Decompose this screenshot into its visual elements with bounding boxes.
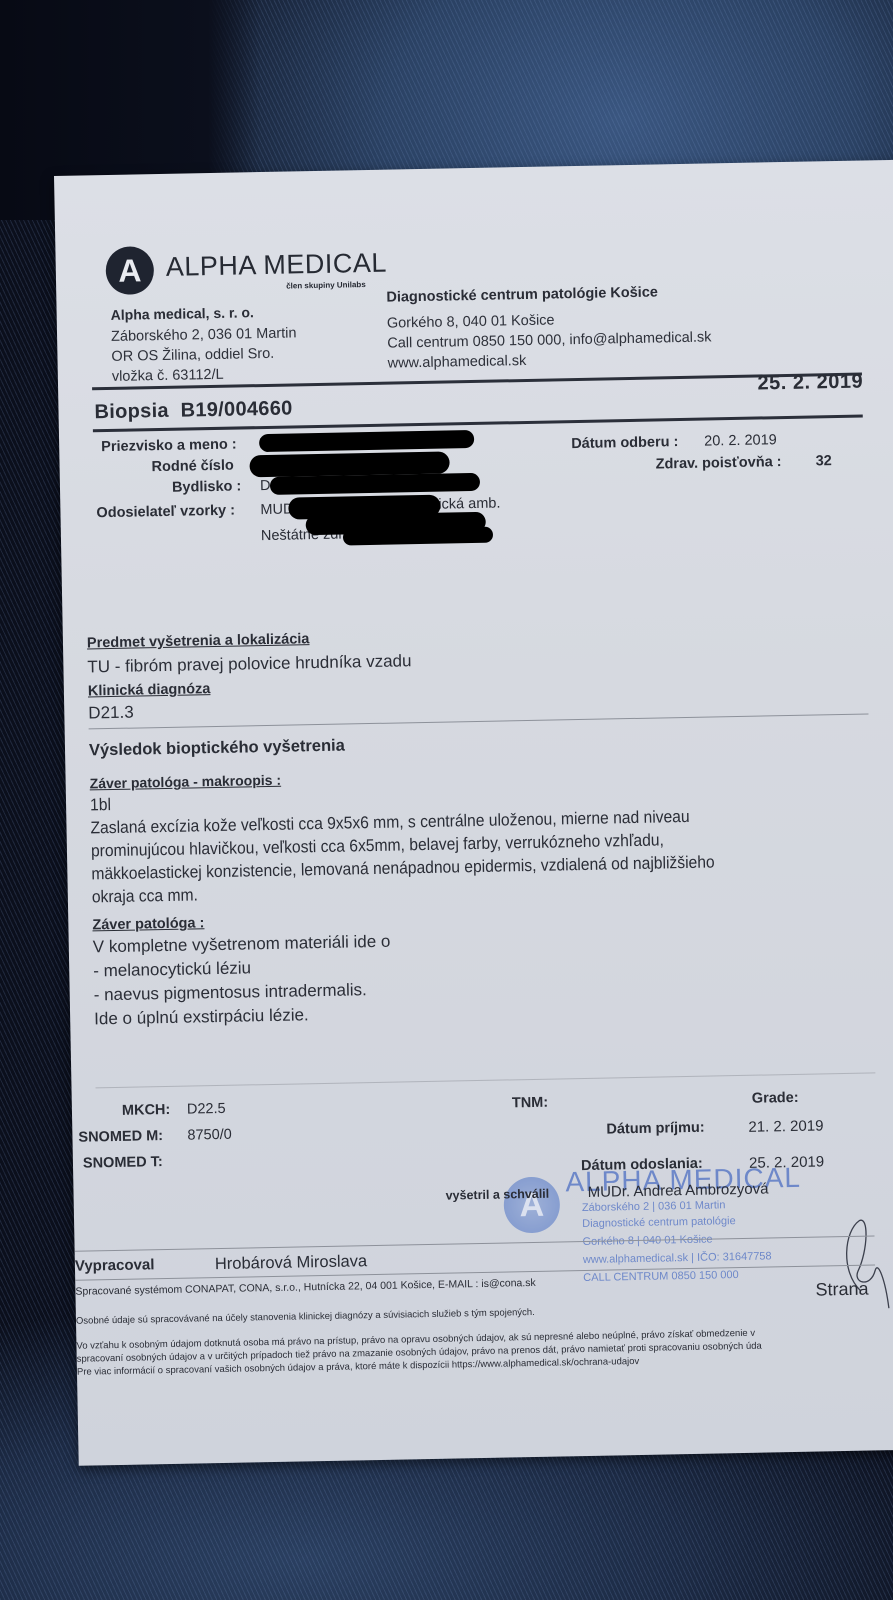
sender-label: Odosielateľ vzorky :: [96, 503, 235, 522]
logo-tagline: člen skupiny Unilabs: [286, 280, 366, 291]
footer-top-divider: [75, 1235, 875, 1251]
center-title: Diagnostické centrum patológie Košice: [386, 284, 658, 305]
stamp-line: CALL CENTRUM 0850 150 000: [583, 1269, 739, 1284]
conclusion-line: - naevus pigmentosus intradermalis.: [94, 980, 367, 1005]
stamp-line: Záborského 2 | 036 01 Martin: [582, 1199, 726, 1214]
conclusion-line: Ide o úplnú exstirpáciu lézie.: [94, 1005, 309, 1029]
center-address: Gorkého 8, 040 01 Košice: [387, 312, 555, 331]
macroscopy-line: okraja cca mm.: [92, 885, 198, 907]
prepared-value: Hrobárová Miroslava: [215, 1252, 368, 1274]
diagnosis-label: Klinická diagnóza: [88, 681, 211, 699]
sender-value-end: ická amb.: [438, 495, 500, 512]
conclusion-label: Záver patológa :: [92, 915, 204, 933]
macroscopy-label: Záver patológa - makroopis :: [90, 772, 282, 792]
biopsy-label: Biopsia: [94, 400, 169, 423]
logo-letter: A: [118, 252, 142, 289]
prepared-label: Vypracoval: [75, 1256, 155, 1275]
alpha-medical-logo-icon: A: [105, 246, 154, 295]
stamp-line: Diagnostické centrum patológie: [582, 1215, 736, 1230]
approved-value: MUDr. Andrea Ambrozyová: [587, 1180, 768, 1200]
patient-name-label: Priezvisko a meno :: [101, 437, 237, 456]
stamp-line: www.alphamedical.sk | IČO: 31647758: [583, 1250, 772, 1266]
conclusion-line: - melanocytickú léziu: [93, 958, 251, 981]
codes-divider: [96, 1072, 876, 1088]
macroscopy-line: 1bl: [90, 795, 111, 815]
report-date: 25. 2. 2019: [757, 371, 863, 396]
redaction-mark: [343, 527, 493, 546]
redaction-mark: [259, 430, 474, 452]
mkch-value: D22.5: [187, 1101, 226, 1118]
grade-label: Grade:: [752, 1090, 799, 1107]
insurance-label: Zdrav. poisťovňa :: [655, 454, 781, 472]
page-label: Strana: [815, 1279, 868, 1301]
patient-id-label: Rodné číslo: [151, 458, 233, 476]
insurance-value: 32: [815, 453, 831, 469]
mkch-label: MKCH:: [122, 1102, 171, 1119]
snomed-m-label: SNOMED M:: [78, 1128, 163, 1146]
company-address-line: Záborského 2, 036 01 Martin: [111, 325, 297, 345]
privacy-line: Osobné údaje sú spracovávané na účely st…: [76, 1307, 535, 1327]
section-divider: [89, 713, 869, 729]
snomed-m-value: 8750/0: [187, 1127, 232, 1144]
subject-label: Predmet vyšetrenia a lokalizácia: [87, 631, 310, 651]
diagnosis-value: D21.3: [88, 703, 134, 724]
company-name: Alpha medical, s. r. o.: [111, 304, 254, 323]
received-date-value: 21. 2. 2019: [748, 1117, 823, 1135]
sent-date-label: Dátum odoslania:: [581, 1156, 703, 1174]
collection-date-value: 20. 2. 2019: [704, 432, 777, 449]
system-line: Spracované systémom CONAPAT, CONA, s.r.o…: [75, 1277, 536, 1298]
company-address-line: OR OS Žilina, oddiel Sro.: [111, 346, 274, 365]
biopsy-report-document: A ALPHA MEDICAL člen skupiny Unilabs Alp…: [54, 160, 893, 1466]
collection-date-label: Dátum odberu :: [571, 434, 678, 452]
subject-value: TU - fibróm pravej polovice hrudníka vza…: [87, 651, 411, 677]
approved-label: vyšetril a schválil: [446, 1187, 550, 1203]
biopsy-title: Biopsia B19/004660: [94, 397, 292, 424]
snomed-t-label: SNOMED T:: [83, 1154, 163, 1172]
center-contact: Call centrum 0850 150 000, info@alphamed…: [387, 329, 711, 351]
result-title: Výsledok bioptického vyšetrenia: [89, 737, 345, 761]
sent-date-value: 25. 2. 2019: [749, 1153, 824, 1171]
conclusion-line: V kompletne vyšetrenom materiáli ide o: [93, 932, 391, 958]
tnm-label: TNM:: [512, 1095, 549, 1112]
stamp-logo-icon: A: [503, 1176, 560, 1233]
biopsy-id: B19/004660: [180, 397, 292, 421]
redaction-mark: [270, 473, 480, 495]
received-date-label: Dátum príjmu:: [606, 1120, 705, 1138]
company-address-line: vložka č. 63112/L: [112, 367, 224, 385]
patient-address-label: Bydlisko :: [172, 478, 242, 495]
center-website: www.alphamedical.sk: [388, 353, 527, 372]
logo-name: ALPHA MEDICAL: [165, 248, 387, 283]
